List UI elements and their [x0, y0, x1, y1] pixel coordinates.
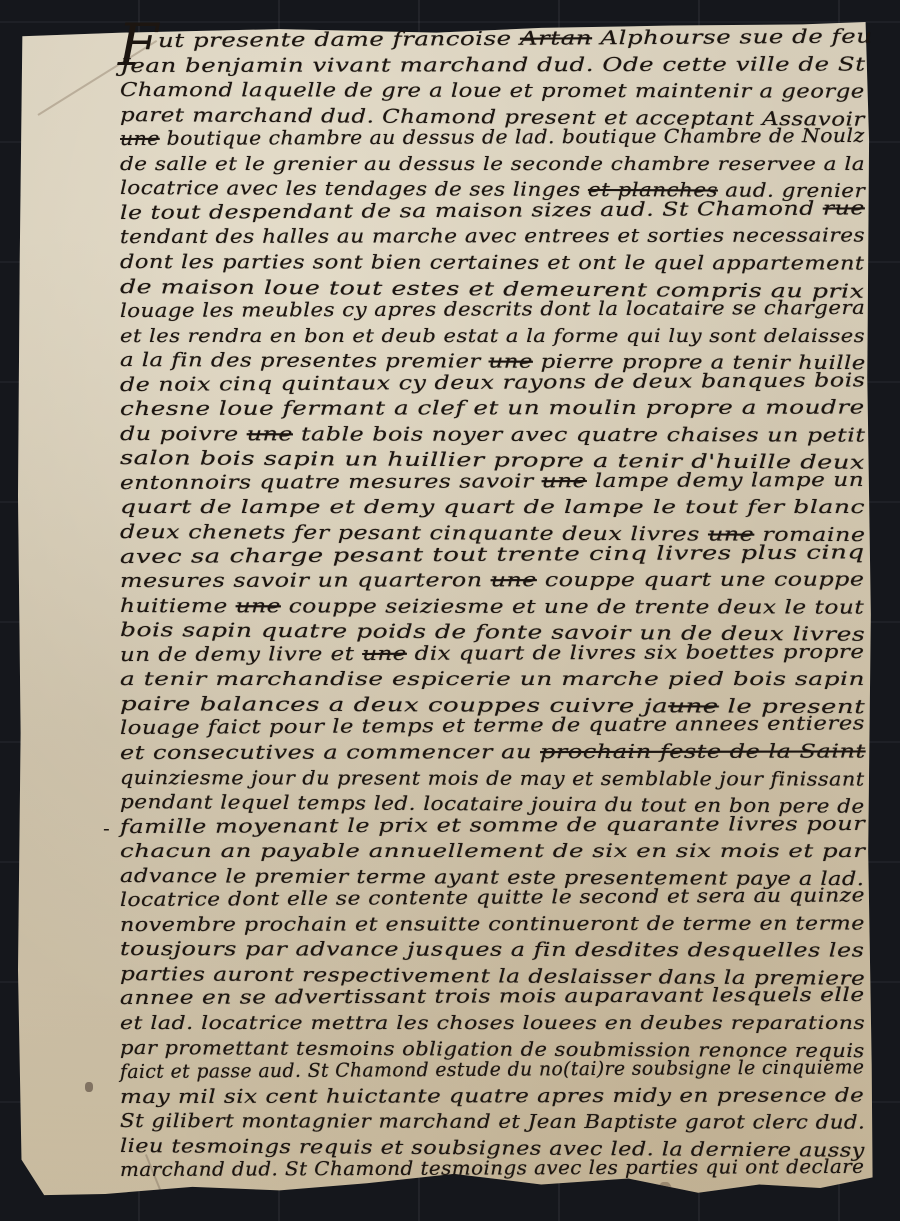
manuscript-line: et lad. locatrice mettra les choses loue… — [120, 1012, 865, 1034]
struck-word: Artan — [520, 27, 592, 49]
struck-word: une — [491, 569, 537, 591]
manuscript-line: St gilibert montagnier marchand et Jean … — [120, 1110, 865, 1134]
manuscript-line: tendant des halles au marche avec entree… — [120, 225, 865, 249]
struck-word: prochain feste de la Saint — [540, 740, 866, 763]
manuscript-line: may mil six cent huictante quatre apres … — [120, 1084, 864, 1108]
manuscript-line: et les rendra en bon et deub estat a la … — [120, 325, 865, 347]
manuscript-line: chesne loue fermant a clef et un moulin … — [120, 397, 865, 421]
manuscript-line: Chamond laquelle de gre a loue et promet… — [120, 79, 865, 103]
manuscript-line: chacun an payable annuellement de six en… — [120, 840, 865, 862]
manuscript-line: avec sa charge pesant tout trente cinq l… — [120, 541, 865, 568]
struck-word: une — [542, 470, 587, 492]
manuscript-line: ut presente dame francoise Artan Alphour… — [158, 26, 873, 52]
manuscript-line: dont les parties sont bien certaines et … — [120, 251, 864, 275]
manuscript-line: novembre prochain et ensuitte continuero… — [120, 912, 865, 936]
manuscript-line: de noix cinq quintaux cy deux rayons de … — [120, 369, 866, 396]
manuscript-line: quart de lampe et demy quart de lampe le… — [120, 496, 865, 518]
manuscript-line: louage les meubles cy apres descrits don… — [120, 297, 865, 322]
manuscript-line: huitieme une couppe seiziesme et une de … — [120, 595, 864, 619]
manuscript-line: Jean benjamin vivant marchand dud. Ode c… — [120, 53, 866, 77]
manuscript-line: et consecutives a commencer au prochain … — [120, 740, 866, 764]
ink-blot — [85, 1082, 93, 1092]
manuscript-line: mesures savoir un quarteron une couppe q… — [120, 569, 865, 593]
manuscript-line: une boutique chambre au dessus de lad. b… — [120, 125, 865, 150]
manuscript-line: de salle et le grenier au dessus le seco… — [120, 153, 865, 175]
struck-word: une — [120, 128, 160, 150]
manuscript-line: un de demy livre et une dix quart de liv… — [120, 641, 865, 666]
struck-word: une — [236, 595, 281, 617]
manuscript-line: marchand dud. St Chamond tesmoings avec … — [120, 1156, 864, 1181]
manuscript-line: famille moyenant le prix et somme de qua… — [120, 812, 865, 837]
struck-word: rue — [823, 197, 865, 219]
manuscript-line: quinziesme jour du present mois de may e… — [120, 767, 865, 791]
manuscript-line: le tout despendant de sa maison sizes au… — [120, 197, 865, 224]
struck-word: une — [247, 423, 293, 445]
margin-mark: - — [103, 816, 110, 840]
struck-word: une — [489, 351, 533, 373]
manuscript-line: du poivre une table bois noyer avec quat… — [120, 423, 865, 447]
manuscript-line: a tenir marchandise espicerie un marche … — [120, 668, 865, 690]
manuscript-line: entonnoirs quatre mesures savoir une lam… — [120, 469, 864, 494]
manuscript-line: tousjours par advance jusques a fin desd… — [120, 938, 864, 962]
struck-word: une — [362, 643, 407, 665]
manuscript-line: annee en se advertissant trois mois aupa… — [120, 984, 865, 1009]
